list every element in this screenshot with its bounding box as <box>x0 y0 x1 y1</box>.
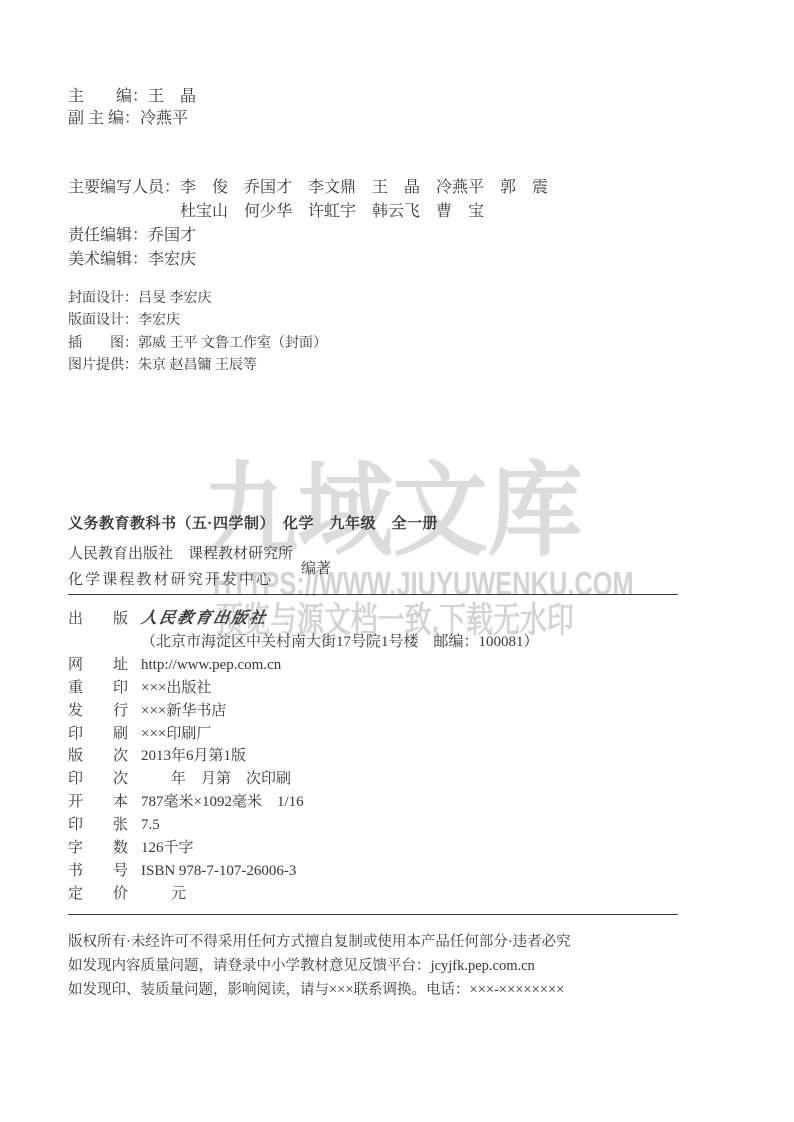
print-quality-line: 如发现印、装质量问题，影响阅读，请与×××联系调换。电话：×××-×××××××… <box>68 978 571 1002</box>
deputy-editor-line: 副 主 编：冷燕平 <box>68 108 196 130</box>
imprint-row-reprint: 重 印 ×××出版社 <box>68 677 539 700</box>
imprint-label <box>68 631 141 654</box>
cover-design-line: 封面设计：吕旻 李宏庆 <box>68 288 327 310</box>
image-credit-line: 图片提供：朱京 赵昌镛 王辰等 <box>68 355 327 377</box>
imprint-label: 字 数 <box>68 837 141 860</box>
imprint-row-address: （北京市海淀区中关村南大街17号院1号楼 邮编：100081） <box>68 631 539 654</box>
art-editor-line: 美术编辑：李宏庆 <box>68 248 548 272</box>
divider-top <box>68 594 678 595</box>
publisher-logotype: 人民教育出版社 <box>139 608 269 631</box>
imprint-row-website: 网 址 http://www.pep.com.cn <box>68 654 539 677</box>
copyright-page: 九域文库 HTTPS://WWW.JIUYUWENKU.COM 预览与源文档一致… <box>0 0 794 1122</box>
imprint-value: 126千字 <box>141 837 194 860</box>
publisher-address: （北京市海淀区中关村南大街17号院1号楼 邮编：100081） <box>141 631 539 654</box>
author-lines: 人民教育出版社 课程教材研究所 化学课程教材研究开发中心 <box>68 545 293 589</box>
legal-block: 版权所有·未经许可不得采用任何方式擅自复制或使用本产品任何部分·违者必究 如发现… <box>68 930 571 1002</box>
imprint-label: 印 次 <box>68 768 141 791</box>
imprint-label: 定 价 <box>68 883 141 906</box>
divider-bottom <box>68 914 678 915</box>
imprint-label: 发 行 <box>68 700 141 723</box>
imprint-row-wordcount: 字 数 126千字 <box>68 837 539 860</box>
imprint-value: ×××出版社 <box>141 677 211 700</box>
copyright-notice-line: 版权所有·未经许可不得采用任何方式擅自复制或使用本产品任何部分·违者必究 <box>68 930 571 954</box>
publisher-institute-line: 人民教育出版社 课程教材研究所 <box>68 545 293 563</box>
imprint-label: 印 刷 <box>68 723 141 746</box>
imprint-row-edition: 版 次 2013年6月第1版 <box>68 745 539 768</box>
imprint-label: 书 号 <box>68 860 141 883</box>
imprint-value: 7.5 <box>141 814 160 837</box>
design-credits-block: 封面设计：吕旻 李宏庆 版面设计：李宏庆 插 图：郭威 王平 文鲁工作室（封面）… <box>68 288 327 378</box>
imprint-row-isbn: 书 号 ISBN 978-7-107-26006-3 <box>68 860 539 883</box>
publisher-website: http://www.pep.com.cn <box>141 654 281 677</box>
imprint-value: 年 月第 次印刷 <box>141 768 291 791</box>
staff-line-2: 杜宝山 何少华 许虹宇 韩云飞 曹 宝 <box>68 200 548 224</box>
imprint-value: ×××新华书店 <box>141 700 226 723</box>
imprint-label: 出 版 <box>68 608 141 631</box>
imprint-value: 787毫米×1092毫米 1/16 <box>141 791 304 814</box>
isbn-value: ISBN 978-7-107-26006-3 <box>141 860 296 883</box>
imprint-row-publisher: 出 版 人民教育出版社 <box>68 608 539 631</box>
imprint-label: 印 张 <box>68 814 141 837</box>
imprint-label: 重 印 <box>68 677 141 700</box>
staff-line-1: 主要编写人员：李 俊 乔国才 李文鼎 王 晶 冷燕平 郭 震 <box>68 176 548 200</box>
imprint-row-sheets: 印 张 7.5 <box>68 814 539 837</box>
imprint-block: 出 版 人民教育出版社 （北京市海淀区中关村南大街17号院1号楼 邮编：1000… <box>68 608 539 906</box>
research-center-line: 化学课程教材研究开发中心 <box>68 571 293 589</box>
author-row: 人民教育出版社 课程教材研究所 化学课程教材研究开发中心 编著 <box>68 545 438 589</box>
layout-design-line: 版面设计：李宏庆 <box>68 310 327 332</box>
imprint-row-printing: 印 刷 ×××印刷厂 <box>68 723 539 746</box>
imprint-label: 版 次 <box>68 745 141 768</box>
illustration-line: 插 图：郭威 王平 文鲁工作室（封面） <box>68 333 327 355</box>
imprint-row-distribution: 发 行 ×××新华书店 <box>68 700 539 723</box>
responsible-editor-line: 责任编辑：乔国才 <box>68 224 548 248</box>
content-feedback-line: 如发现内容质量问题，请登录中小学教材意见反馈平台：jcyjfk.pep.com.… <box>68 954 571 978</box>
title-block: 义务教育教科书（五·四学制） 化学 九年级 全一册 人民教育出版社 课程教材研究… <box>68 512 438 589</box>
editors-block: 主 编：王 晶 副 主 编：冷燕平 <box>68 86 196 130</box>
book-title: 义务教育教科书（五·四学制） 化学 九年级 全一册 <box>68 512 438 533</box>
bianzhu-label: 编著 <box>301 557 331 578</box>
staff-block: 主要编写人员：李 俊 乔国才 李文鼎 王 晶 冷燕平 郭 震 杜宝山 何少华 许… <box>68 176 548 272</box>
imprint-label: 网 址 <box>68 654 141 677</box>
imprint-label: 开 本 <box>68 791 141 814</box>
chief-editor-line: 主 编：王 晶 <box>68 86 196 108</box>
imprint-row-format: 开 本 787毫米×1092毫米 1/16 <box>68 791 539 814</box>
imprint-value: 元 <box>141 883 186 906</box>
imprint-row-price: 定 价 元 <box>68 883 539 906</box>
imprint-value: 2013年6月第1版 <box>141 745 246 768</box>
imprint-value: ×××印刷厂 <box>141 723 211 746</box>
imprint-row-impression: 印 次 年 月第 次印刷 <box>68 768 539 791</box>
